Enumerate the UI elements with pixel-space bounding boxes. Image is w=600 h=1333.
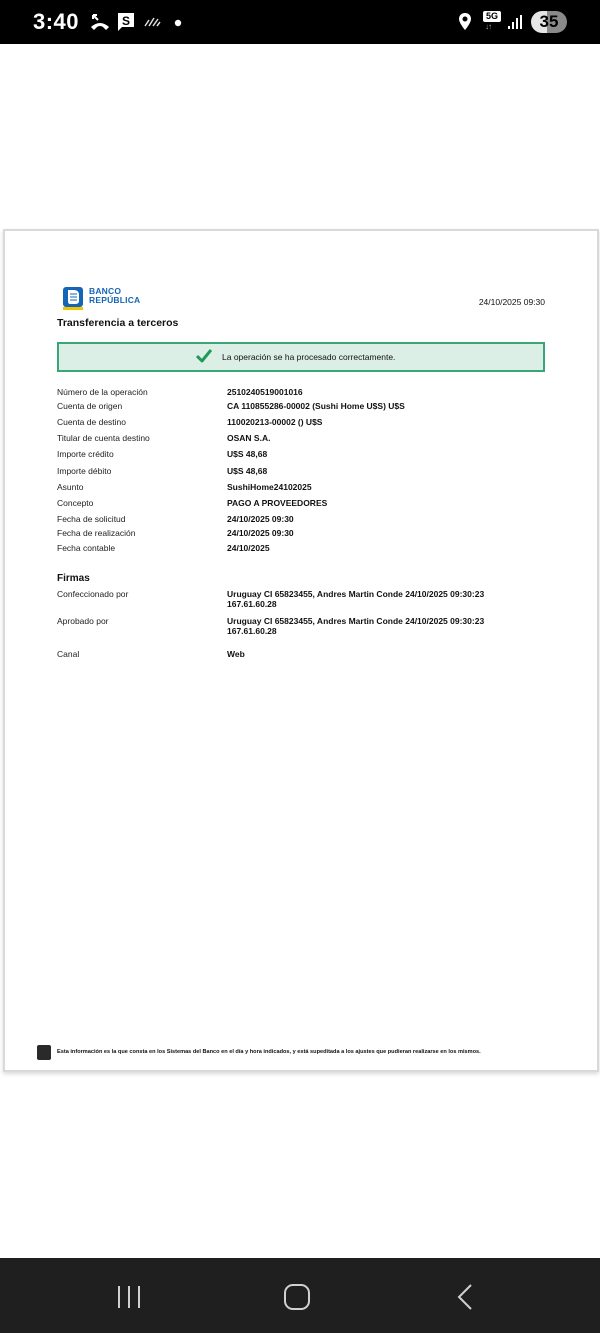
battery-indicator: 35 [531,11,567,33]
s-app-icon: S [117,12,135,32]
home-icon[interactable] [282,1282,312,1312]
signature-ip: 167.61.60.28 [227,599,547,609]
checkmark-icon [196,349,212,363]
status-bar: 3:40 S 5G ↓↑ 35 [0,0,600,44]
bank-logo: BANCO REPÚBLICA [63,287,153,311]
back-icon[interactable] [450,1282,480,1312]
document-footer: Esta información es la que consta en los… [37,1045,567,1061]
svg-text:S: S [122,14,130,28]
success-message: La operación se ha procesado correctamen… [222,352,395,362]
location-icon [458,12,472,31]
signature-line: Uruguay CI 65823455, Andres Martin Conde… [227,616,547,626]
signature-line: Uruguay CI 65823455, Andres Martin Conde… [227,589,547,599]
missed-call-icon [90,13,110,31]
signal-icon [507,14,523,30]
bank-footer-logo-icon [37,1045,51,1060]
notification-dot-icon [174,19,182,27]
footer-disclaimer: Esta información es la que consta en los… [57,1049,481,1055]
recent-apps-icon[interactable] [114,1282,144,1312]
signatures-heading: Firmas [57,573,90,584]
document-title: Transferencia a terceros [57,317,178,329]
clock: 3:40 [33,9,79,35]
data-arrows-icon: ↓↑ [485,22,491,31]
document-date: 24/10/2025 09:30 [479,297,545,307]
signature-ip: 167.61.60.28 [227,626,547,636]
bank-name-line2: REPÚBLICA [89,296,140,305]
success-banner: La operación se ha procesado correctamen… [57,342,545,372]
navigation-bar [0,1258,600,1333]
wifi-calling-icon [143,16,161,28]
bank-logo-icon [63,287,83,307]
5g-icon: 5G [483,11,501,22]
receipt-document: BANCO REPÚBLICA 24/10/2025 09:30 Transfe… [3,229,599,1072]
